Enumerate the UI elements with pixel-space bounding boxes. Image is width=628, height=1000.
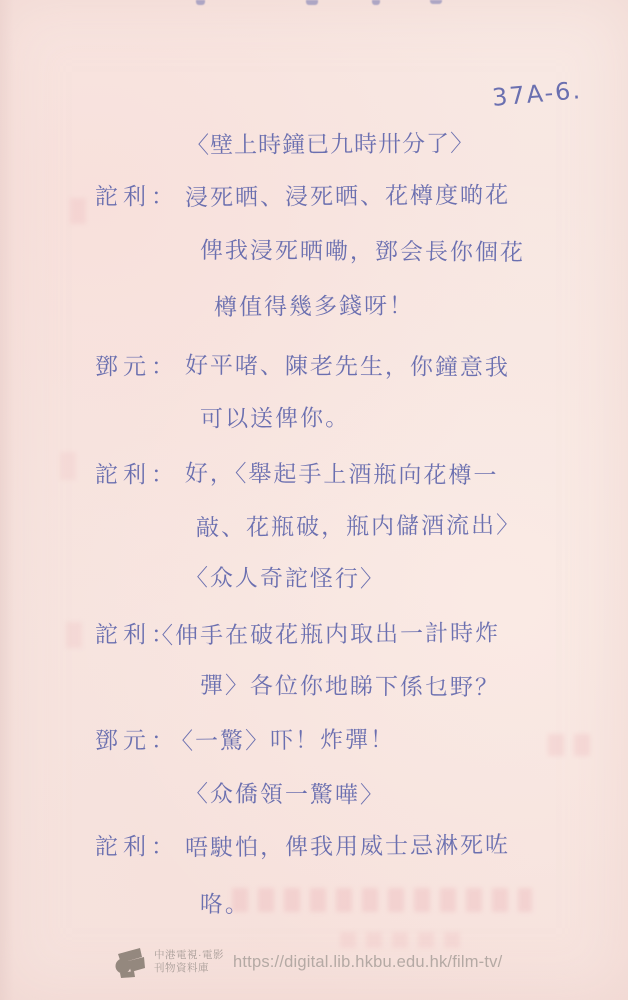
cutoff-stroke-mark	[430, 0, 442, 4]
speaker-label: 鄧元：	[95, 722, 179, 755]
dialogue-text: 〈众僑領一驚嘩〉	[185, 775, 385, 809]
dialogue-text: 〈众人奇詑怪行〉	[185, 559, 385, 593]
dialogue-text: 〈一驚〉吓！炸彈！	[170, 721, 395, 756]
dialogue-text: 樽值得幾多錢呀！	[214, 287, 414, 322]
archive-name: 中港電視·電影 刊物資料庫	[154, 949, 224, 975]
cutoff-stroke-mark	[196, 0, 205, 5]
dialogue-text: 敲、花瓶破，瓶内儲酒流出〉	[196, 507, 521, 543]
cutoff-stroke-mark	[372, 0, 380, 5]
dialogue-line: 〈众人奇詑怪行〉	[0, 560, 628, 600]
archive-url: https://digital.lib.hkbu.edu.hk/film-tv/	[233, 953, 502, 972]
dialogue-line: 彈〉各位你地睇下係乜野？	[0, 668, 628, 708]
dialogue-line: 詑利： 〈伸手在破花瓶内取出一計時炸	[0, 616, 628, 656]
dialogue-text: 浸死晒、浸死晒、花樽度啲花	[185, 177, 510, 213]
speaker-label: 鄧元：	[95, 348, 179, 381]
speaker-label: 詑利：	[95, 456, 179, 489]
dialogue-text: 可以送俾你。	[200, 399, 350, 433]
scene-note: 〈壁上時鐘已九時卅分了〉	[186, 125, 474, 160]
speaker-label: 詑利：	[95, 828, 179, 861]
dialogue-line: 咯。	[0, 886, 628, 926]
speaker-label: 詑利：	[95, 178, 179, 211]
archive-name-line1: 中港電視·電影	[154, 949, 224, 962]
dialogue-line: 俾我浸死晒嘞，鄧会長你個花	[0, 233, 628, 273]
dialogue-line: 〈众僑領一驚嘩〉	[0, 776, 628, 816]
page-number: 37A-6.	[491, 76, 583, 112]
dialogue-line: 詑利： 好，〈舉起手上酒瓶向花樽一	[0, 456, 628, 496]
dialogue-line: 鄧元： 好平啫、陳老先生，你鐘意我	[0, 348, 628, 388]
dialogue-line: 敲、花瓶破，瓶内儲酒流出〉	[0, 508, 628, 548]
dialogue-line: 可以送俾你。	[0, 400, 628, 440]
cutoff-stroke-mark	[306, 0, 318, 5]
dialogue-text: 〈伸手在破花瓶内取出一計時炸	[150, 614, 500, 650]
archive-watermark: 中港電視·電影 刊物資料庫 https://digital.lib.hkbu.e…	[114, 944, 502, 980]
dialogue-text: 彈〉各位你地睇下係乜野？	[200, 667, 500, 702]
dialogue-text: 唔駛怕，俾我用威士忌淋死咗	[185, 827, 510, 863]
script-page-scan: 37A-6. 〈壁上時鐘已九時卅分了〉 詑利： 浸死晒、浸死晒、花樽度啲花 俾我…	[0, 0, 628, 1000]
film-camera-logo-icon	[114, 944, 148, 980]
dialogue-line: 樽值得幾多錢呀！	[0, 288, 628, 328]
dialogue-line: 鄧元： 〈一驚〉吓！炸彈！	[0, 722, 628, 762]
dialogue-text: 好，〈舉起手上酒瓶向花樽一	[185, 455, 499, 490]
dialogue-line: 詑利： 唔駛怕，俾我用威士忌淋死咗	[0, 828, 628, 868]
archive-name-line2: 刊物資料庫	[154, 962, 224, 975]
dialogue-text: 咯。	[200, 886, 250, 919]
dialogue-line: 詑利： 浸死晒、浸死晒、花樽度啲花	[0, 178, 628, 218]
dialogue-text: 好平啫、陳老先生，你鐘意我	[185, 347, 510, 382]
dialogue-text: 俾我浸死晒嘞，鄧会長你個花	[200, 232, 525, 267]
